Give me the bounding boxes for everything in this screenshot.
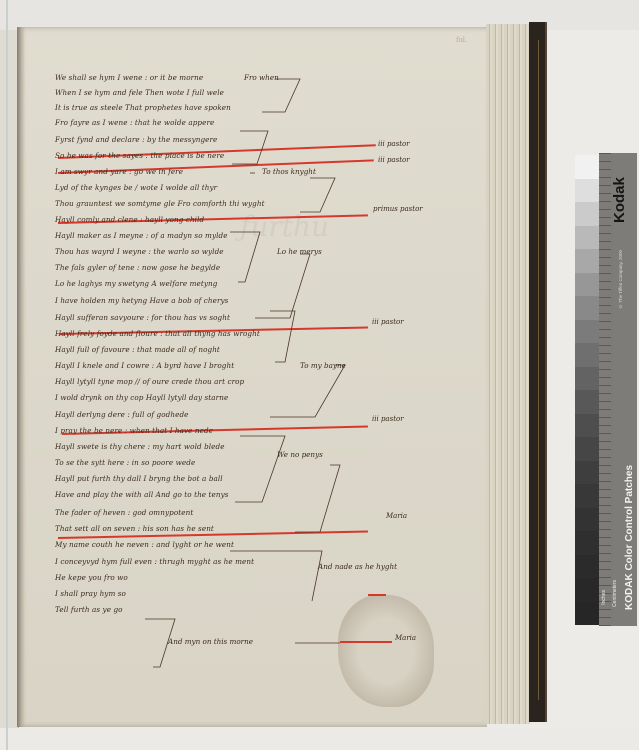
gray-patch — [575, 578, 599, 602]
verse-line: I am swyr and yare : go we in fere — [55, 167, 183, 176]
gutter-shadow — [17, 27, 25, 727]
speaker-note: iii pastor — [378, 140, 410, 148]
refrain-text: To my bayne — [300, 361, 346, 370]
gray-patch — [575, 273, 599, 297]
gray-patch — [575, 249, 599, 273]
verse-line: Hayll maker as I meyne : of a madyn so m… — [55, 231, 228, 240]
gray-patch — [575, 343, 599, 367]
rubric-rule — [340, 641, 392, 643]
verse-line: Thou grauntest we somtyme gle Fro comfor… — [55, 199, 265, 208]
parchment-stain — [338, 595, 434, 707]
verse-line: I pray the be nere : when that I have ne… — [55, 426, 213, 435]
verse-line: Hayll derlyng dere : full of godhede — [55, 410, 189, 419]
verse-line: I shall pray hym so — [55, 589, 126, 598]
speaker-note: Maria — [386, 512, 407, 520]
centimeters-label: Centimeters — [612, 580, 618, 607]
speaker-note: Maria — [395, 634, 416, 642]
rubric-rule — [368, 594, 386, 596]
verse-line: Lyd of the kynges be / wote I wolde all … — [55, 183, 217, 192]
verse-line: It is true as steele That prophetes have… — [55, 103, 231, 112]
target-title: KODAK Color Control Patches — [624, 350, 635, 610]
verse-line: Hayll comly and clene : hayll yong child — [55, 215, 204, 224]
speaker-note: primus pastor — [373, 205, 423, 213]
gray-patch — [575, 202, 599, 226]
verse-line: He kepe you fro wo — [55, 573, 128, 582]
verse-line: Fro fayre as I wene : that he wolde appe… — [55, 118, 214, 127]
verse-line: Hayll full of favoure : that made all of… — [55, 345, 220, 354]
ruler-ticks — [599, 153, 611, 626]
gray-patch — [575, 531, 599, 555]
verse-line: I wold drynk on thy cop Hayll lytyll day… — [55, 393, 228, 402]
verse-line: So he was for the sayes : the place is b… — [55, 151, 224, 160]
verse-line: Lo he laghys my swetyng A welfare metyng — [55, 279, 217, 288]
folio-number: fol. — [456, 36, 467, 44]
gray-patch — [575, 390, 599, 414]
refrain-text: And myn on this morne — [168, 637, 253, 646]
verse-line: That sett all on seven : his son has he … — [55, 524, 214, 533]
gray-patch — [575, 602, 599, 626]
gray-patch — [575, 484, 599, 508]
verse-line: When I se hym and fele Then wote I full … — [55, 88, 224, 97]
verse-line: Thou has wayrd I weyne : the warlo so wy… — [55, 247, 224, 256]
gray-patch — [575, 179, 599, 203]
refrain-text: We no penys — [277, 450, 323, 459]
verse-line: Tell furth as ye go — [55, 605, 123, 614]
cover-gilt-line — [538, 40, 539, 700]
gray-patch — [575, 296, 599, 320]
verse-line: My name couth he neven : and lyght or he… — [55, 540, 234, 549]
speaker-note: iii pastor — [372, 318, 404, 326]
gray-patch — [575, 508, 599, 532]
verse-line: Hayll frely foyde and floure : that all … — [55, 329, 260, 338]
verse-line: Hayll I knele and I cowre : A byrd have … — [55, 361, 234, 370]
gray-patch — [575, 226, 599, 250]
gray-patch — [575, 461, 599, 485]
gray-patch — [575, 414, 599, 438]
verse-line: Hayll swete is thy chere : my hart wold … — [55, 442, 225, 451]
inches-label: Inches — [601, 590, 607, 605]
gray-patch — [575, 437, 599, 461]
facing-page-fold — [6, 0, 8, 750]
verse-line: I have holden my hetyng Have a bob of ch… — [55, 296, 228, 305]
verse-line: Have and play the with all And go to the… — [55, 490, 229, 499]
verse-line: The fals gyler of tene : now gose he beg… — [55, 263, 220, 272]
page-fore-edge — [486, 24, 530, 724]
refrain-text: To thos knyght — [262, 167, 316, 176]
verse-line: To se the sytt here : in so poore wede — [55, 458, 195, 467]
refrain-text: Fro when — [244, 73, 279, 82]
verse-line: Fyrst fynd and declare : by the messynge… — [55, 135, 217, 144]
verse-line: Hayll sufferan savyoure : for thou has v… — [55, 313, 230, 322]
gray-patch — [575, 367, 599, 391]
refrain-text: And nade as he hyght — [318, 562, 397, 571]
gray-patch — [575, 320, 599, 344]
gray-patch — [575, 155, 599, 179]
refrain-text: Lo he merys — [277, 247, 322, 256]
speaker-note: iii pastor — [378, 156, 410, 164]
kodak-logo: Kodak — [611, 160, 637, 240]
speaker-note: iii pastor — [372, 415, 404, 423]
scan-backdrop-bottom — [0, 728, 639, 750]
verse-line: I conceyvyd hym full even : thrugh myght… — [55, 557, 254, 566]
target-copyright: © The Tiffen Company, 2000 — [618, 250, 623, 309]
gray-scale-patches — [575, 155, 599, 625]
verse-line: Hayll lytyll tyne mop // of oure crede t… — [55, 377, 244, 386]
verse-line: The fader of heven : god omnypotent — [55, 508, 193, 517]
verse-line: We shall se hym I wene : or it be morne — [55, 73, 203, 82]
gray-patch — [575, 555, 599, 579]
verse-line: Hayll put furth thy dall I bryng the bot… — [55, 474, 223, 483]
